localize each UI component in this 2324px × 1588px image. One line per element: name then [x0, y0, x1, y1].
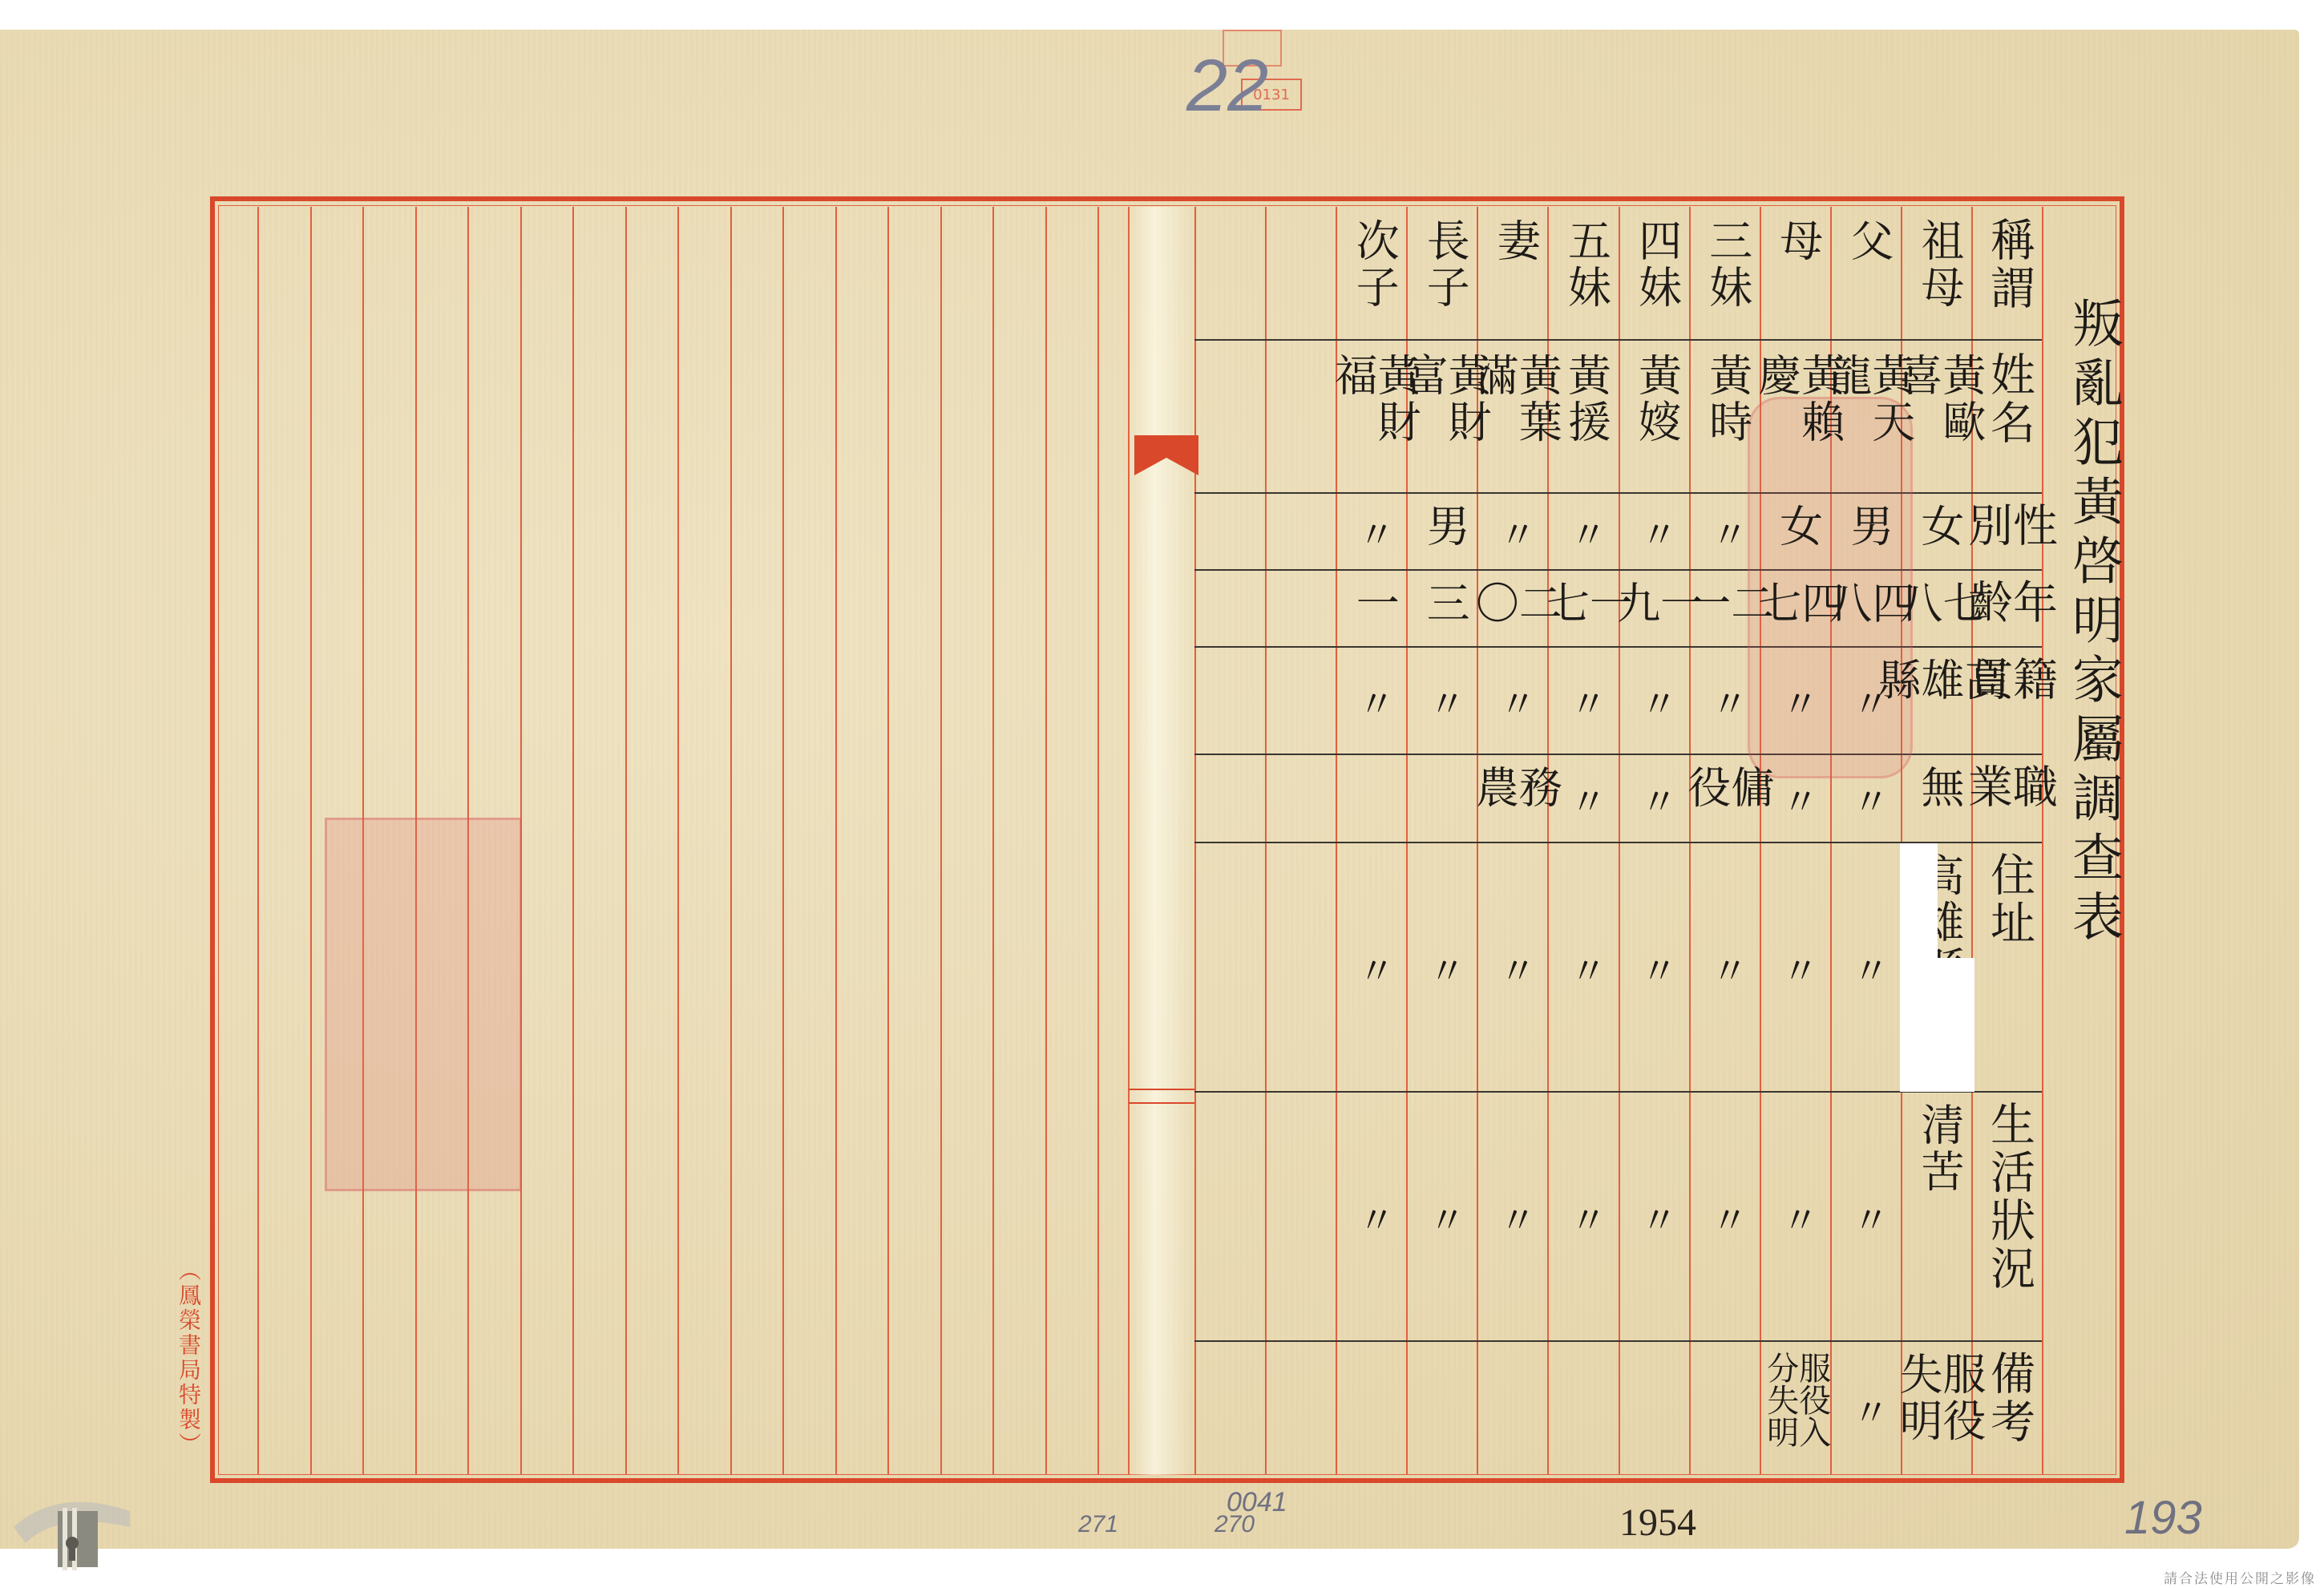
column-rule: [677, 207, 679, 1475]
cell-occupation: 〃: [1838, 765, 1899, 837]
cell-origin: 〃: [1485, 657, 1546, 749]
header-relation: 稱謂: [1978, 216, 2039, 337]
cell-sex: 男: [1414, 503, 1475, 564]
cell-living: 〃: [1485, 1102, 1546, 1335]
cell-living: 〃: [1627, 1102, 1687, 1335]
cell-address: 〃: [1768, 853, 1829, 1086]
cell-relation: 三妹: [1697, 218, 1758, 336]
document-title: 叛亂犯黃啓明家屬調查表: [2056, 297, 2130, 949]
row-rule: [1194, 1340, 2042, 1342]
cell-sex: 〃: [1697, 503, 1758, 564]
cell-age: 二〇: [1485, 580, 1546, 641]
column-rule: [887, 207, 889, 1475]
cell-relation: 四妹: [1627, 218, 1687, 336]
column-rule: [1045, 207, 1047, 1475]
cell-name: 黃葉滿: [1485, 353, 1546, 487]
cell-name: 黃時: [1697, 353, 1758, 487]
column-rule: [1689, 207, 1691, 1475]
column-rule: [625, 207, 627, 1475]
header-living: 生活狀況: [1978, 1101, 2039, 1337]
column-rule: [835, 207, 837, 1475]
cell-address: 〃: [1556, 853, 1617, 1086]
cell-relation: 次子: [1344, 218, 1405, 336]
header-name: 姓名: [1978, 351, 2039, 489]
cell-origin: 〃: [1697, 657, 1758, 749]
cell-living: 〃: [1838, 1102, 1899, 1335]
row-rule: [1194, 646, 2042, 648]
cell-origin: 〃: [1556, 657, 1617, 749]
column-rule: [1097, 207, 1099, 1475]
cell-origin: 〃: [1414, 657, 1475, 749]
cell-relation: 母: [1768, 218, 1829, 336]
cell-name: 黃援: [1556, 353, 1617, 487]
year-stamp: 1954: [1619, 1501, 1696, 1545]
cell-origin: 〃: [1627, 657, 1687, 749]
column-rule: [572, 207, 574, 1475]
column-rule: [257, 207, 259, 1475]
cell-remarks: [1697, 1352, 1758, 1472]
fold-rule-2: [1129, 1102, 1194, 1104]
cell-remarks: [1627, 1352, 1687, 1472]
cell-occupation: 無: [1909, 765, 1970, 837]
column-rule: [992, 207, 994, 1475]
cell-address: 〃: [1627, 853, 1687, 1086]
cell-remarks: [1556, 1352, 1617, 1472]
fold-rule-1: [1129, 1089, 1194, 1090]
cell-relation: 長子: [1414, 218, 1475, 336]
cell-sex: 女: [1909, 503, 1970, 564]
cell-name: 黃財富: [1414, 353, 1475, 487]
cell-address: 〃: [1414, 853, 1475, 1086]
cell-sex: 〃: [1485, 503, 1546, 564]
cell-sex: 〃: [1556, 503, 1617, 564]
cell-origin: 〃: [1768, 657, 1829, 749]
cell-age: 七八: [1909, 580, 1970, 641]
cell-address: 〃: [1344, 853, 1405, 1086]
cell-living: 〃: [1768, 1102, 1829, 1335]
cell-name: 黃歐喜: [1909, 353, 1970, 487]
cell-sex: 男: [1838, 503, 1899, 564]
pencil-number-bottom-right: 193: [2124, 1491, 2202, 1545]
cell-name: 黃㛮: [1627, 353, 1687, 487]
cell-occupation: 務農: [1485, 765, 1546, 837]
cell-living: 〃: [1344, 1102, 1405, 1335]
cell-sex: 女: [1768, 503, 1829, 564]
cell-age: 一: [1344, 580, 1405, 641]
cell-remarks: 服役入分失明: [1768, 1352, 1829, 1472]
row-rule: [1194, 492, 2042, 494]
column-rule: [730, 207, 732, 1475]
column-rule: [1194, 207, 1196, 1475]
cell-address: 〃: [1838, 853, 1899, 1086]
cell-sex: 〃: [1627, 503, 1687, 564]
cell-address: 〃: [1485, 853, 1546, 1086]
cell-relation: 祖母: [1909, 218, 1970, 336]
header-sex: 性別: [1978, 502, 2039, 566]
cell-origin: 高雄縣: [1909, 657, 1970, 749]
cell-relation: 五妹: [1556, 218, 1617, 336]
cell-remarks: 〃: [1838, 1352, 1899, 1472]
cell-living: 〃: [1697, 1102, 1758, 1335]
cell-age: 二一: [1697, 580, 1758, 641]
red-seal-left-page: [325, 818, 522, 1191]
row-rule: [1194, 339, 2042, 341]
archive-logo-icon: [10, 1479, 138, 1575]
cell-living: 〃: [1556, 1102, 1617, 1335]
usage-watermark: 請合法使用公開之影像: [2164, 1567, 2316, 1587]
pencil-page-number-top: 22: [1186, 44, 1268, 128]
column-rule: [1265, 207, 1267, 1475]
cell-age: 四七: [1768, 580, 1829, 641]
redaction-box-lower: [1900, 958, 1974, 1092]
pencil-number-bottom-center: 0041: [1227, 1487, 1287, 1518]
cell-remarks: 服役失明: [1909, 1352, 1970, 1472]
cell-age: 四八: [1838, 580, 1899, 641]
cell-living: 〃: [1414, 1102, 1475, 1335]
cell-name: 黃天龍: [1838, 353, 1899, 487]
cell-remarks: [1485, 1352, 1546, 1472]
redaction-box-upper: [1900, 843, 1938, 964]
cell-occupation: [1344, 765, 1405, 837]
column-rule: [782, 207, 784, 1475]
cell-address: 〃: [1697, 853, 1758, 1086]
cell-occupation: 〃: [1627, 765, 1687, 837]
cell-occupation: 〃: [1556, 765, 1617, 837]
cell-occupation: 〃: [1768, 765, 1829, 837]
cell-relation: 妻: [1485, 218, 1546, 336]
row-rule: [1194, 569, 2042, 571]
pencil-number-bottom-a: 271: [1078, 1511, 1118, 1538]
header-remarks: 備考: [1978, 1350, 2039, 1473]
column-rule: [310, 207, 312, 1475]
column-rule: [2042, 207, 2043, 1475]
cell-name: 黃財福: [1344, 353, 1405, 487]
cell-age: 一九: [1627, 580, 1687, 641]
cell-relation: 父: [1838, 218, 1899, 336]
cell-living: 清苦: [1909, 1102, 1970, 1335]
cell-remarks: [1344, 1352, 1405, 1472]
printer-mark: （鳳榮書局特製）: [172, 1259, 204, 1457]
column-rule: [940, 207, 942, 1475]
cell-occupation: [1414, 765, 1475, 837]
cell-age: 三: [1414, 580, 1475, 641]
column-rule: [1619, 207, 1620, 1475]
header-age: 年齡: [1978, 579, 2039, 643]
cell-origin: 〃: [1344, 657, 1405, 749]
header-address: 住址: [1978, 851, 2039, 1088]
cell-age: 一七: [1556, 580, 1617, 641]
cell-occupation: 傭役: [1697, 765, 1758, 837]
cell-remarks: [1414, 1352, 1475, 1472]
fishtail-mark-icon: [1134, 435, 1198, 475]
cell-sex: 〃: [1344, 503, 1405, 564]
header-occupation: 職業: [1978, 763, 2039, 838]
cell-origin: 〃: [1838, 657, 1899, 749]
row-rule: [1194, 754, 2042, 755]
center-fold: [1128, 207, 1194, 1475]
cell-name: 黃賴慶: [1768, 353, 1829, 487]
